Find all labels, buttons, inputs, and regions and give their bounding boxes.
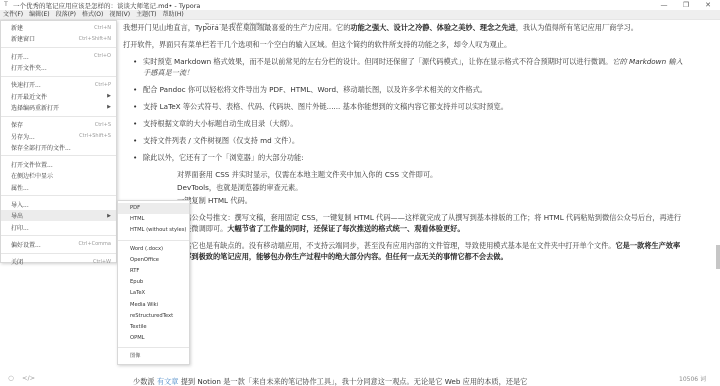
export-image[interactable]: 图像 — [118, 351, 189, 362]
list-item: 支持 LaTeX 等公式符号、表格、代码、代码块、图片外链...... 基本你能… — [133, 101, 683, 112]
menu-item-save[interactable]: 保存Ctrl+S — [1, 119, 116, 130]
paragraph-notion: 少数派 有文章 提到 Notion 是一款「来自未来的笔记协作工具」，我十分同意… — [133, 377, 527, 386]
menu-item-open-folder[interactable]: 打开文件夹... — [1, 62, 116, 73]
list-item: 支持文件列表 / 文件树视图（仅支持 md 文件）。 — [133, 135, 683, 146]
menu-item-export[interactable]: 导出▶ — [1, 210, 116, 221]
title-bar: T 一个优秀的笔记应用应该是怎样的：谈谈大师笔记.md• - Typora — … — [0, 0, 720, 10]
menu-item-open-location[interactable]: 打开文件位置... — [1, 159, 116, 170]
list-item: 实时预览 Markdown 格式效果，而不是以前常见的左右分栏的设计。但同时还保… — [133, 56, 683, 78]
export-mediawiki[interactable]: Media Wiki — [118, 300, 189, 311]
menu-item-new[interactable]: 新建Ctrl+N — [1, 22, 116, 33]
menu-paragraph[interactable]: 段落(P) — [53, 10, 79, 20]
sub-item: 对界面套用 CSS 并实时显示，仅需在本地主题文件夹中加入你的 CSS 文件即可… — [123, 169, 683, 180]
article-link[interactable]: 有文章 — [157, 377, 179, 386]
menu-item-print[interactable]: 打印... — [1, 221, 116, 232]
menu-separator — [118, 240, 189, 241]
menu-separator — [1, 155, 116, 156]
feature-list: 实时预览 Markdown 格式效果，而不是以前常见的左右分栏的设计。但同时还保… — [123, 56, 683, 163]
export-openoffice[interactable]: OpenOffice — [118, 255, 189, 266]
paragraph-intro: 我想开门见山地直言，Typora 是我在桌面端最喜爱的生产力应用。它的功能之强大… — [123, 22, 683, 33]
menu-bar: 文件(F) 编辑(E) 段落(P) 格式(O) 视图(V) 主题(T) 帮助(H… — [0, 10, 720, 20]
menu-item-save-as[interactable]: 另存为...Ctrl+Shift+S — [1, 130, 116, 141]
export-restructuredtext[interactable]: reStructuredText — [118, 311, 189, 322]
minimize-icon: — — [661, 1, 668, 9]
menu-separator — [1, 47, 116, 48]
export-textile[interactable]: Textile — [118, 322, 189, 333]
menu-edit[interactable]: 编辑(E) — [26, 10, 52, 20]
menu-separator — [1, 235, 116, 236]
close-icon: ✕ — [705, 1, 711, 9]
export-html[interactable]: HTML — [118, 214, 189, 225]
export-word[interactable]: Word (.docx) — [118, 244, 189, 255]
minimize-button[interactable]: — — [654, 0, 674, 10]
submenu-arrow-icon: ▶ — [107, 213, 111, 219]
export-opml[interactable]: OPML — [118, 333, 189, 344]
menu-item-quick-open[interactable]: 快速打开...Ctrl+P — [1, 79, 116, 90]
menu-theme[interactable]: 主题(T) — [133, 10, 159, 20]
submenu-arrow-icon: ▶ — [107, 104, 111, 110]
submenu-arrow-icon: ▶ — [107, 93, 111, 99]
export-pdf[interactable]: PDF — [118, 203, 189, 214]
export-latex[interactable]: LaTeX — [118, 288, 189, 299]
menu-item-reveal-sidebar[interactable]: 在侧边栏中显示 — [1, 170, 116, 181]
menu-separator — [1, 76, 116, 77]
menu-item-open-recent[interactable]: 打开最近文件▶ — [1, 90, 116, 101]
word-count[interactable]: 10506 词 — [679, 374, 706, 383]
bold-highlight: 功能之强大、设计之冷静、体验之美妙、理念之先进 — [350, 23, 515, 32]
menu-item-reopen-encoding[interactable]: 选择编码重新打开▶ — [1, 102, 116, 113]
menu-item-open[interactable]: 打开...Ctrl+O — [1, 51, 116, 62]
menu-separator — [1, 116, 116, 117]
paragraph-interface: 打开软件，界面只有菜单栏若干几个选项和一个空白的输入区域。但这个简约的软件所支持… — [123, 39, 683, 50]
menu-item-save-all[interactable]: 保存全部打开的文件... — [1, 142, 116, 153]
scrollbar-track[interactable] — [712, 20, 720, 370]
window-title: 一个优秀的笔记应用应该是怎样的：谈谈大师笔记.md• - Typora — [13, 1, 200, 10]
document-content[interactable]: 我想开门见山地直言，Typora 是我在桌面端最喜爱的生产力应用。它的功能之强大… — [123, 22, 683, 268]
menu-item-new-window[interactable]: 新建窗口Ctrl+Shift+N — [1, 33, 116, 44]
menu-separator — [1, 195, 116, 196]
menu-view[interactable]: 视图(V) — [106, 10, 133, 20]
list-item: 配合 Pandoc 你可以轻松将文件导出为 PDF、HTML、Word、移动端长… — [133, 84, 683, 95]
menu-separator — [1, 253, 116, 254]
outline-toggle-icon[interactable]: ○ — [6, 374, 16, 382]
menu-separator — [118, 347, 189, 348]
paragraph-drawbacks: 当然它也是有缺点的。没有移动端应用，不支持云端同步，甚至没有应用内部的文件管理，… — [123, 240, 683, 262]
file-menu-dropdown: 新建Ctrl+N 新建窗口Ctrl+Shift+N 打开...Ctrl+O 打开… — [0, 20, 117, 263]
list-item: 除此以外，它还有了一个「浏览器」的大部分功能: — [133, 152, 683, 163]
scrollbar-thumb[interactable] — [716, 245, 720, 269]
sub-item: 一键复制 HTML 代码。 — [123, 195, 683, 206]
list-item: 支持根据文章的大小标题自动生成目录（大纲）。 — [133, 118, 683, 129]
export-html-no-styles[interactable]: HTML (without styles) — [118, 225, 189, 236]
menu-item-close[interactable]: 关闭Ctrl+W — [1, 256, 116, 267]
export-rtf[interactable]: RTF — [118, 266, 189, 277]
source-code-icon[interactable]: </> — [22, 374, 32, 382]
menu-item-properties[interactable]: 属性... — [1, 182, 116, 193]
export-epub[interactable]: Epub — [118, 277, 189, 288]
menu-file[interactable]: 文件(F) — [0, 10, 26, 20]
export-submenu: PDF HTML HTML (without styles) Word (.do… — [117, 200, 190, 365]
menu-item-preferences[interactable]: 偏好设置...Ctrl+Comma — [1, 239, 116, 250]
typora-app-icon: T — [3, 2, 9, 8]
close-button[interactable]: ✕ — [698, 0, 718, 10]
menu-format[interactable]: 格式(O) — [79, 10, 106, 20]
menu-item-import[interactable]: 导入... — [1, 199, 116, 210]
maximize-button[interactable]: ❐ — [676, 0, 696, 10]
sub-item: DevTools，也就是浏览器的审查元素。 — [123, 182, 683, 193]
paragraph-wechat: 微信公众号推文：撰写文稿，套用固定 CSS，一键复制 HTML 代码——这样就完… — [123, 212, 683, 234]
menu-help[interactable]: 帮助(H) — [160, 10, 187, 20]
maximize-icon: ❐ — [683, 1, 689, 9]
